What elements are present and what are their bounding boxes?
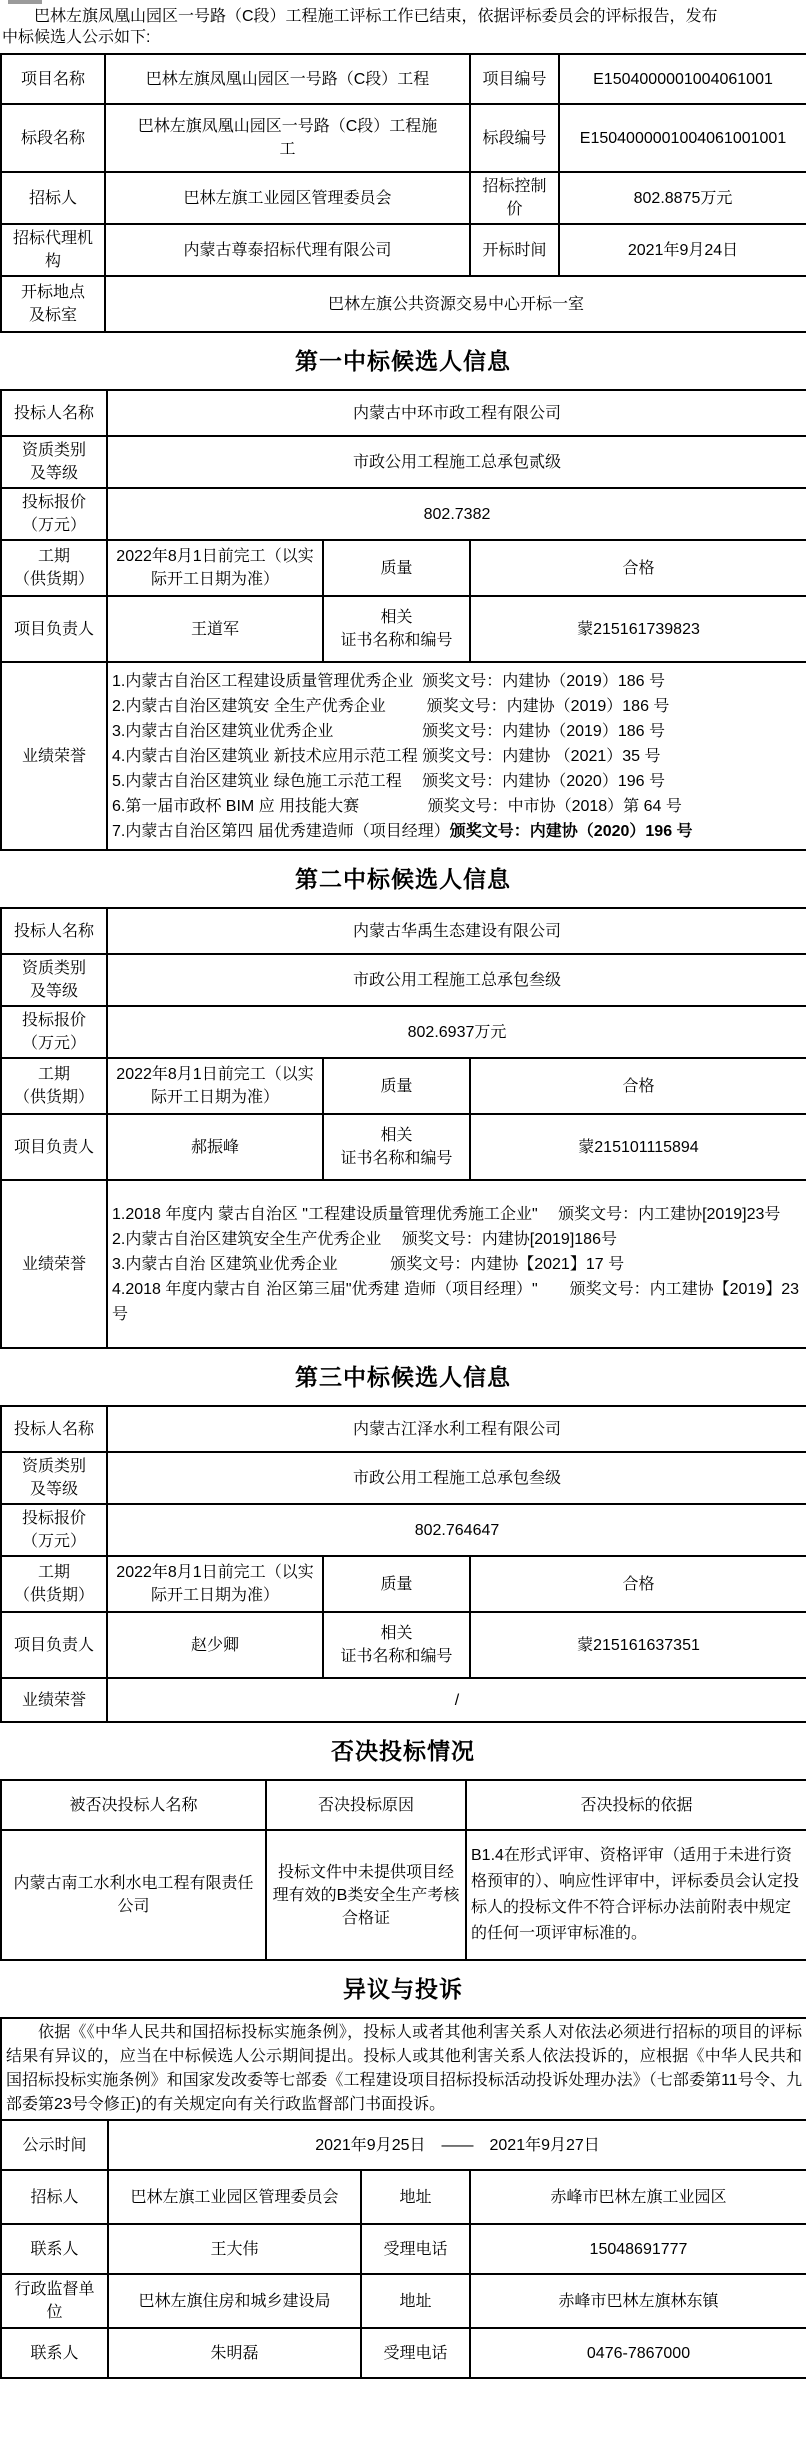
field-label: 业绩荣誉 [1,1678,107,1722]
field-label: 相关 证书名称和编号 [323,1612,470,1678]
column-header: 被否决投标人名称 [1,1780,266,1830]
table-row: 项目名称 巴林左旗凤凰山园区一号路（C段）工程 项目编号 E1504000001… [1,54,806,104]
publicity-period: 2021年9月25日 —— 2021年9月27日 [108,2120,806,2170]
price-value: 802.764647 [107,1504,806,1556]
field-label: 业绩荣誉 [1,1180,107,1348]
field-label: 联系人 [1,2328,108,2378]
supervision-address: 赤峰市巴林左旗林东镇 [470,2274,806,2328]
contact-phone: 0476-7867000 [470,2328,806,2378]
honor-line-bold-text: 颁奖文号：内建协（2020）196 号 [450,823,693,840]
manager-name: 赵少卿 [107,1612,323,1678]
field-value: 巴林左旗凤凰山园区一号路（C段）工程施 工 [105,104,470,172]
field-label: 投标人名称 [1,908,107,954]
field-label: 招标人 [1,2170,108,2224]
candidate-1-table: 投标人名称 内蒙古中环市政工程有限公司 资质类别 及等级 市政公用工程施工总承包… [0,389,806,851]
field-label: 受理电话 [361,2224,470,2274]
duration-value: 2022年8月1日前完工（以实际开工日期为准） [107,540,323,596]
table-row: 业绩荣誉 1.2018 年度内 蒙古自治区 "工程建设质量管理优秀施工企业" 颁… [1,1180,806,1348]
objection-paragraph: 依据《《中华人民共和国招标投标实施条例》，投标人或者其他利害关系人对依法必须进行… [1,2018,806,2120]
cert-number: 蒙215161637351 [470,1612,806,1678]
table-row: 资质类别 及等级 市政公用工程施工总承包贰级 [1,436,806,488]
manager-name: 郝振峰 [107,1114,323,1180]
table-row: 工期 （供货期） 2022年8月1日前完工（以实际开工日期为准） 质量 合格 [1,1556,806,1612]
price-value: 802.6937万元 [107,1006,806,1058]
field-label: 开标地点 及标室 [1,276,105,332]
table-row: 招标人 巴林左旗工业园区管理委员会 招标控制价 802.8875万元 [1,172,806,224]
table-row: 业绩荣誉 / [1,1678,806,1722]
qualification-value: 市政公用工程施工总承包叁级 [107,954,806,1006]
candidate-2-table: 投标人名称 内蒙古华禹生态建设有限公司 资质类别 及等级 市政公用工程施工总承包… [0,907,806,1349]
field-label: 投标报价 （万元） [1,1504,107,1556]
table-row: 项目负责人 王道军 相关 证书名称和编号 蒙215161739823 [1,596,806,662]
field-label: 质量 [323,1556,470,1612]
price-value: 802.7382 [107,488,806,540]
field-label: 质量 [323,540,470,596]
field-label: 资质类别 及等级 [1,954,107,1006]
table-row: 行政监督单 位 巴林左旗住房和城乡建设局 地址 赤峰市巴林左旗林东镇 [1,2274,806,2328]
table-row: 投标报价 （万元） 802.7382 [1,488,806,540]
field-label: 工期 （供货期） [1,1556,107,1612]
quality-value: 合格 [470,1556,806,1612]
cert-number: 蒙215101115894 [470,1114,806,1180]
field-label: 开标时间 [470,224,559,276]
table-row: 招标人 巴林左旗工业园区管理委员会 地址 赤峰市巴林左旗工业园区 [1,2170,806,2224]
bidder-name: 内蒙古江泽水利工程有限公司 [107,1406,806,1452]
scroll-artifact [8,0,42,4]
field-label: 标段名称 [1,104,105,172]
field-label: 标段编号 [470,104,559,172]
field-label: 招标代理机构 [1,224,105,276]
field-label: 投标人名称 [1,390,107,436]
cert-number: 蒙215161739823 [470,596,806,662]
field-label: 项目编号 [470,54,559,104]
field-value: E1504000001004061001001 [559,104,806,172]
section-title-candidate-1: 第一中标候选人信息 [0,333,806,389]
field-label: 招标人 [1,172,105,224]
table-row: 资质类别 及等级 市政公用工程施工总承包叁级 [1,954,806,1006]
contact-name: 朱明磊 [108,2328,361,2378]
field-label: 业绩荣誉 [1,662,107,850]
field-value: 内蒙古尊泰招标代理有限公司 [105,224,470,276]
honor-line: 4.2018 年度内蒙古自 治区第三届"优秀建 造师（项目经理）" 颁奖文号：内… [112,1277,802,1327]
table-row: 投标报价 （万元） 802.6937万元 [1,1006,806,1058]
field-label: 投标人名称 [1,1406,107,1452]
supervision-unit: 巴林左旗住房和城乡建设局 [108,2274,361,2328]
section-title-candidate-2: 第二中标候选人信息 [0,851,806,907]
qualification-value: 市政公用工程施工总承包叁级 [107,1452,806,1504]
field-label: 项目负责人 [1,1114,107,1180]
field-label: 项目负责人 [1,1612,107,1678]
table-row: 公示时间 2021年9月25日 —— 2021年9月27日 [1,2120,806,2170]
table-row: 资质类别 及等级 市政公用工程施工总承包叁级 [1,1452,806,1504]
table-row: 工期 （供货期） 2022年8月1日前完工（以实际开工日期为准） 质量 合格 [1,540,806,596]
field-label: 工期 （供货期） [1,540,107,596]
table-row: 标段名称 巴林左旗凤凰山园区一号路（C段）工程施 工 标段编号 E1504000… [1,104,806,172]
objection-footer-table: 依据《《中华人民共和国招标投标实施条例》，投标人或者其他利害关系人对依法必须进行… [0,2017,806,2379]
honor-line: 5.内蒙古自治区建筑业 绿色施工示范工程 颁奖文号：内建协（2020）196 号 [112,769,802,794]
honor-line: 6.第一届市政杯 BIM 应 用技能大赛 颁奖文号：中市协（2018）第 64 … [112,794,802,819]
honor-line-text: 7.内蒙古自治区第四 届优秀建造师（项目经理） [112,823,450,840]
field-value: 巴林左旗凤凰山园区一号路（C段）工程 [105,54,470,104]
field-label: 招标控制价 [470,172,559,224]
manager-name: 王道军 [107,596,323,662]
rejection-reason: 投标文件中未提供项目经理有效的B类安全生产考核合格证 [266,1830,466,1960]
honors-cell: 1.内蒙古自治区工程建设质量管理优秀企业 颁奖文号：内建协（2019）186 号… [107,662,806,850]
intro-paragraph: 巴林左旗凤凰山园区一号路（C段）工程施工评标工作已结束，依据评标委员会的评标报告… [0,0,806,53]
table-row: 内蒙古南工水利水电工程有限责任公司 投标文件中未提供项目经理有效的B类安全生产考… [1,1830,806,1960]
field-label: 资质类别 及等级 [1,1452,107,1504]
contact-phone: 15048691777 [470,2224,806,2274]
honors-none: / [107,1678,806,1722]
honor-line: 3.内蒙古自治 区建筑业优秀企业 颁奖文号：内建协【2021】17 号 [112,1252,802,1277]
rejected-bidder-name: 内蒙古南工水利水电工程有限责任公司 [1,1830,266,1960]
field-label: 地址 [361,2170,470,2224]
section-title-objection: 异议与投诉 [0,1961,806,2017]
field-value: 802.8875万元 [559,172,806,224]
table-row: 联系人 王大伟 受理电话 15048691777 [1,2224,806,2274]
field-label: 地址 [361,2274,470,2328]
field-label: 投标报价 （万元） [1,488,107,540]
field-label: 项目名称 [1,54,105,104]
field-label: 资质类别 及等级 [1,436,107,488]
field-label: 相关 证书名称和编号 [323,1114,470,1180]
table-row: 招标代理机构 内蒙古尊泰招标代理有限公司 开标时间 2021年9月24日 [1,224,806,276]
honors-cell: 1.2018 年度内 蒙古自治区 "工程建设质量管理优秀施工企业" 颁奖文号：内… [107,1180,806,1348]
duration-value: 2022年8月1日前完工（以实际开工日期为准） [107,1058,323,1114]
table-row: 投标人名称 内蒙古中环市政工程有限公司 [1,390,806,436]
bidder-name: 内蒙古华禹生态建设有限公司 [107,908,806,954]
quality-value: 合格 [470,540,806,596]
field-label: 受理电话 [361,2328,470,2378]
column-header: 否决投标的依据 [466,1780,806,1830]
table-row: 项目负责人 赵少卿 相关 证书名称和编号 蒙215161637351 [1,1612,806,1678]
honor-line: 3.内蒙古自治区建筑业优秀企业 颁奖文号：内建协（2019）186 号 [112,719,802,744]
honor-line: 2.内蒙古自治区建筑安 全生产优秀企业 颁奖文号：内建协（2019）186 号 [112,694,802,719]
rejection-basis: B1.4在形式评审、资格评审（适用于未进行资格预审的）、响应性评审中，评标委员会… [466,1830,806,1960]
field-label: 项目负责人 [1,596,107,662]
duration-value: 2022年8月1日前完工（以实际开工日期为准） [107,1556,323,1612]
field-value: 2021年9月24日 [559,224,806,276]
table-row: 工期 （供货期） 2022年8月1日前完工（以实际开工日期为准） 质量 合格 [1,1058,806,1114]
tenderee-name: 巴林左旗工业园区管理委员会 [108,2170,361,2224]
field-label: 工期 （供货期） [1,1058,107,1114]
field-value: E1504000001004061001 [559,54,806,104]
announcement-page: 巴林左旗凤凰山园区一号路（C段）工程施工评标工作已结束，依据评标委员会的评标报告… [0,0,806,2379]
table-row: 开标地点 及标室 巴林左旗公共资源交易中心开标一室 [1,276,806,332]
field-label: 公示时间 [1,2120,108,2170]
table-row: 投标人名称 内蒙古江泽水利工程有限公司 [1,1406,806,1452]
tenderee-address: 赤峰市巴林左旗工业园区 [470,2170,806,2224]
qualification-value: 市政公用工程施工总承包贰级 [107,436,806,488]
field-value: 巴林左旗公共资源交易中心开标一室 [105,276,806,332]
quality-value: 合格 [470,1058,806,1114]
column-header: 否决投标原因 [266,1780,466,1830]
field-label: 投标报价 （万元） [1,1006,107,1058]
table-row: 业绩荣誉 1.内蒙古自治区工程建设质量管理优秀企业 颁奖文号：内建协（2019）… [1,662,806,850]
table-row: 项目负责人 郝振峰 相关 证书名称和编号 蒙215101115894 [1,1114,806,1180]
section-title-candidate-3: 第三中标候选人信息 [0,1349,806,1405]
honor-line: 1.内蒙古自治区工程建设质量管理优秀企业 颁奖文号：内建协（2019）186 号 [112,669,802,694]
field-label: 质量 [323,1058,470,1114]
honor-line: 4.内蒙古自治区建筑业 新技术应用示范工程 颁奖文号：内建协 （2021）35 … [112,744,802,769]
bidder-name: 内蒙古中环市政工程有限公司 [107,390,806,436]
contact-name: 王大伟 [108,2224,361,2274]
field-label: 相关 证书名称和编号 [323,596,470,662]
candidate-3-table: 投标人名称 内蒙古江泽水利工程有限公司 资质类别 及等级 市政公用工程施工总承包… [0,1405,806,1723]
table-row: 依据《《中华人民共和国招标投标实施条例》，投标人或者其他利害关系人对依法必须进行… [1,2018,806,2120]
field-value: 巴林左旗工业园区管理委员会 [105,172,470,224]
honor-line: 1.2018 年度内 蒙古自治区 "工程建设质量管理优秀施工企业" 颁奖文号：内… [112,1202,802,1227]
table-row: 投标人名称 内蒙古华禹生态建设有限公司 [1,908,806,954]
table-row: 联系人 朱明磊 受理电话 0476-7867000 [1,2328,806,2378]
section-title-rejection: 否决投标情况 [0,1723,806,1779]
table-header-row: 被否决投标人名称 否决投标原因 否决投标的依据 [1,1780,806,1830]
project-info-table: 项目名称 巴林左旗凤凰山园区一号路（C段）工程 项目编号 E1504000001… [0,53,806,333]
rejection-table: 被否决投标人名称 否决投标原因 否决投标的依据 内蒙古南工水利水电工程有限责任公… [0,1779,806,1961]
honor-line: 7.内蒙古自治区第四 届优秀建造师（项目经理）颁奖文号：内建协（2020）196… [112,819,802,844]
honor-line: 2.内蒙古自治区建筑安全生产优秀企业 颁奖文号：内建协[2019]186号 [112,1227,802,1252]
table-row: 投标报价 （万元） 802.764647 [1,1504,806,1556]
field-label: 行政监督单 位 [1,2274,108,2328]
field-label: 联系人 [1,2224,108,2274]
